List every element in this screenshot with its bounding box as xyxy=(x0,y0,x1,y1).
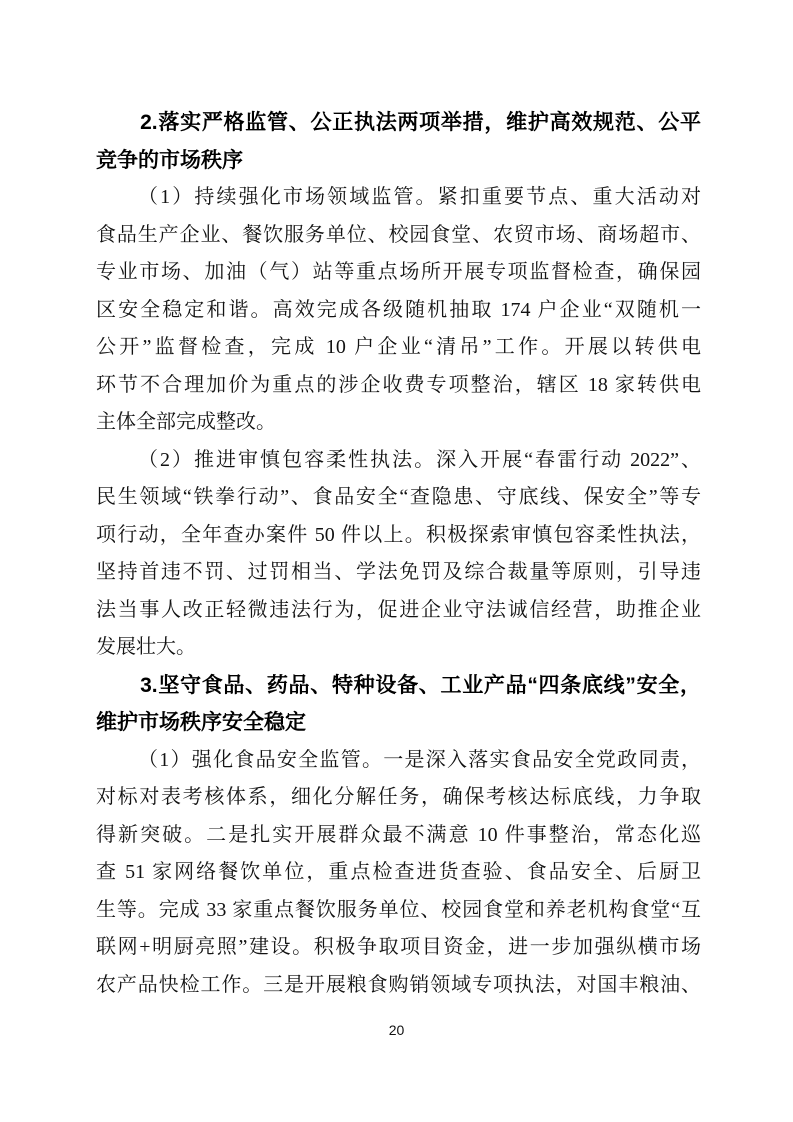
section-2-para-1-line-3: 专业市场、加油（气）站等重点场所开展专项监督检查，确保园 xyxy=(96,254,701,292)
section-2-heading-line-2: 竞争的市场秩序 xyxy=(96,142,701,180)
document-text-block: 2.落实严格监管、公正执法两项举措，维护高效规范、公平 竞争的市场秩序 （1）持… xyxy=(96,104,701,1004)
section-3-para-1-line-3: 得新突破。二是扎实开展群众最不满意 10 件事整治，常态化巡 xyxy=(96,817,701,855)
section-2-para-1-line-4: 区安全稳定和谐。高效完成各级随机抽取 174 户企业“双随机一 xyxy=(96,292,701,330)
section-3-para-1-line-2: 对标对表考核体系，细化分解任务，确保考核达标底线，力争取 xyxy=(96,779,701,817)
section-2-para-1-line-5: 公开”监督检查，完成 10 户企业“清吊”工作。开展以转供电 xyxy=(96,329,701,367)
page-footer: 20 xyxy=(0,1022,793,1040)
section-2-para-1-line-2: 食品生产企业、餐饮服务单位、校园食堂、农贸市场、商场超市、 xyxy=(96,217,701,255)
section-3-para-1-line-1: （1）强化食品安全监管。一是深入落实食品安全党政同责， xyxy=(96,742,701,780)
section-3-para-1-line-4: 查 51 家网络餐饮单位，重点检查进货查验、食品安全、后厨卫 xyxy=(96,854,701,892)
section-2-heading-line-1: 2.落实严格监管、公正执法两项举措，维护高效规范、公平 xyxy=(96,104,701,142)
page-number: 20 xyxy=(389,1022,405,1038)
section-3-para-1-line-5: 生等。完成 33 家重点餐饮服务单位、校园食堂和养老机构食堂“互 xyxy=(96,892,701,930)
section-2-para-2-line-6: 发展壮大。 xyxy=(96,629,701,667)
section-2-para-1-line-6: 环节不合理加价为重点的涉企收费专项整治，辖区 18 家转供电 xyxy=(96,367,701,405)
section-3-heading-line-1: 3.坚守食品、药品、特种设备、工业产品“四条底线”安全， xyxy=(96,667,701,705)
section-2-para-2-line-4: 坚持首违不罚、过罚相当、学法免罚及综合裁量等原则，引导违 xyxy=(96,554,701,592)
section-2-para-2-line-5: 法当事人改正轻微违法行为，促进企业守法诚信经营，助推企业 xyxy=(96,592,701,630)
section-3-heading-line-2: 维护市场秩序安全稳定 xyxy=(96,704,701,742)
section-2-para-1-line-7: 主体全部完成整改。 xyxy=(96,404,701,442)
section-3-para-1-line-7: 农产品快检工作。三是开展粮食购销领域专项执法，对国丰粮油、 xyxy=(96,967,701,1005)
section-2-para-2-line-3: 项行动，全年查办案件 50 件以上。积极探索审慎包容柔性执法， xyxy=(96,517,701,555)
section-2-para-2-line-1: （2）推进审慎包容柔性执法。深入开展“春雷行动 2022”、 xyxy=(96,442,701,480)
document-page: 2.落实严格监管、公正执法两项举措，维护高效规范、公平 竞争的市场秩序 （1）持… xyxy=(0,0,793,1122)
section-3-para-1-line-6: 联网+明厨亮照”建设。积极争取项目资金，进一步加强纵横市场 xyxy=(96,929,701,967)
section-2-para-2-line-2: 民生领域“铁拳行动”、食品安全“查隐患、守底线、保安全”等专 xyxy=(96,479,701,517)
section-2-para-1-line-1: （1）持续强化市场领域监管。紧扣重要节点、重大活动对 xyxy=(96,179,701,217)
